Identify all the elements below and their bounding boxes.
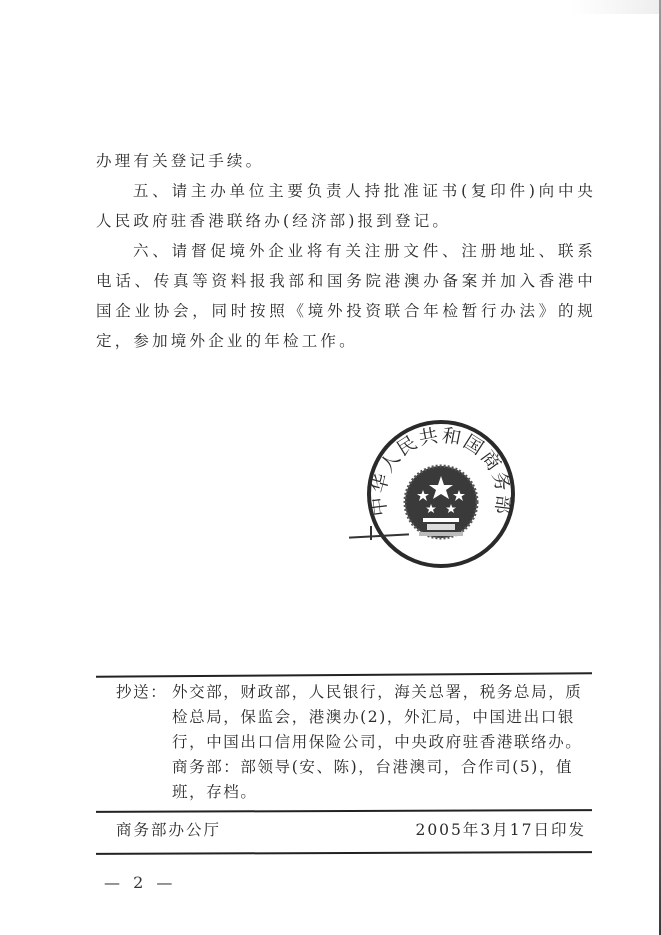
scan-shadow: [571, 0, 661, 14]
official-seal: 中华人民共和国商务部: [365, 418, 517, 570]
divider-bottom: [96, 851, 592, 854]
document-page: 办理有关登记手续。 五、请主办单位主要负责人持批准证书(复印件)向中央人民政府驻…: [0, 0, 661, 935]
cc-internal-list: 商务部：部领导(安、陈)，台港澳司，合作司(5)，值班，存档。: [116, 755, 596, 805]
issue-date: 2005年3月17日印发: [415, 818, 586, 842]
paragraph-item-5: 五、请主办单位主要负责人持批准证书(复印件)向中央人民政府驻香港联络办(经济部)…: [96, 176, 596, 236]
paragraph-continuation: 办理有关登记手续。: [96, 146, 596, 176]
page-number: — 2 —: [104, 873, 176, 892]
paragraph-item-6: 六、请督促境外企业将有关注册文件、注册地址、联系电话、传真等资料报我部和国务院港…: [96, 236, 596, 356]
cc-block: 抄送： 外交部，财政部，人民银行，海关总署，税务总局，质检总局，保监会，港澳办(…: [116, 680, 596, 805]
signature-stroke: [370, 526, 372, 540]
body-text: 办理有关登记手续。 五、请主办单位主要负责人持批准证书(复印件)向中央人民政府驻…: [96, 146, 596, 356]
issue-info-row: 商务部办公厅 2005年3月17日印发: [116, 818, 586, 842]
cc-external-list: 外交部，财政部，人民银行，海关总署，税务总局，质检总局，保监会，港澳办(2)，外…: [172, 680, 596, 755]
divider-top: [96, 672, 592, 677]
cc-label: 抄送：: [116, 680, 172, 705]
seal-emblem-icon: 中华人民共和国商务部: [365, 418, 517, 570]
divider-middle: [96, 809, 592, 812]
issuer: 商务部办公厅: [116, 818, 221, 842]
